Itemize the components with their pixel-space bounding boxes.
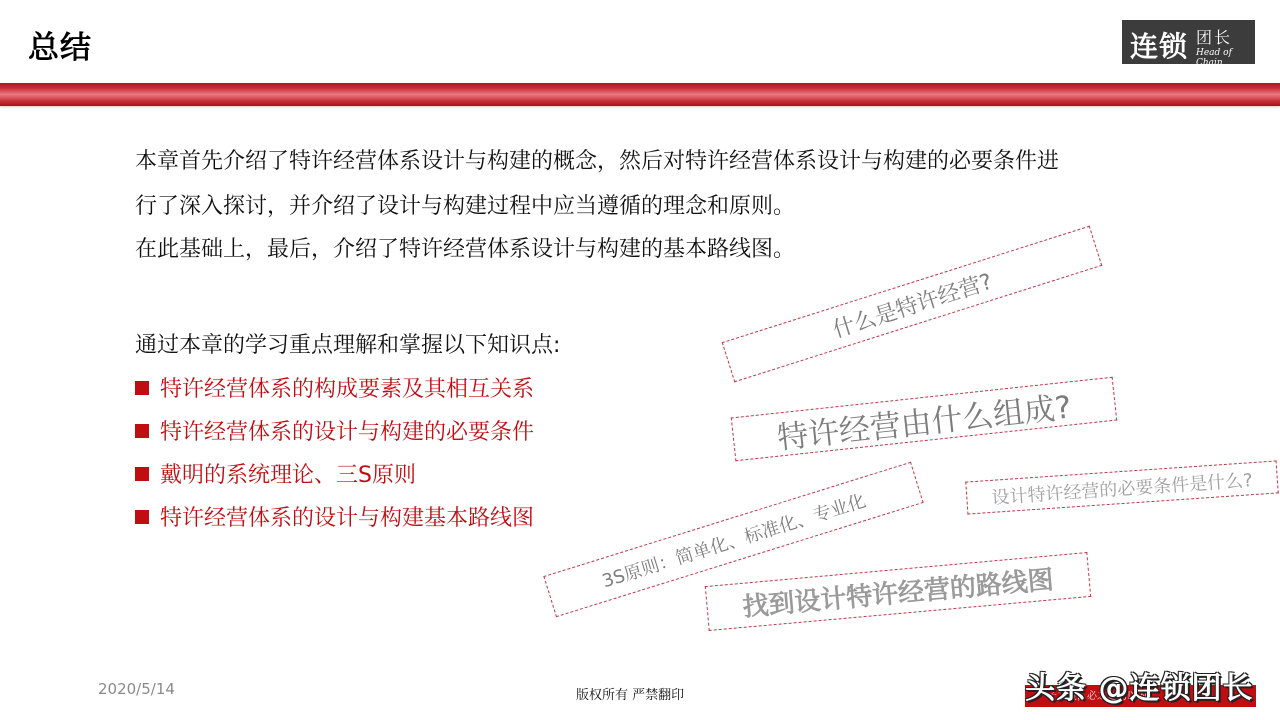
watermark-text: 头条 @连锁团长 xyxy=(1025,663,1253,707)
footer-date: 2020/5/14 xyxy=(98,680,175,698)
key-point-text: 特许经营体系的构成要素及其相互关系 xyxy=(160,372,534,403)
tag-text: 特许经营由什么组成? xyxy=(775,381,1074,457)
footer-copyright: 版权所有 严禁翻印 xyxy=(576,684,684,703)
summary-paragraph-line-1: 本章首先介绍了特许经营体系设计与构建的概念，然后对特许经营体系设计与构建的必要条… xyxy=(135,144,1059,175)
key-point-item: 特许经营体系的设计与构建基本路线图 xyxy=(135,501,534,532)
source-watermark: 子之贡，必之之的以内 头条 @连锁团长 xyxy=(1025,663,1256,707)
logo-secondary-text: 团长 xyxy=(1196,25,1232,48)
key-point-item: 特许经营体系的构成要素及其相互关系 xyxy=(135,372,534,403)
key-point-text: 戴明的系统理论、三S原则 xyxy=(160,458,416,489)
key-point-text: 特许经营体系的设计与构建基本路线图 xyxy=(160,501,534,532)
question-tag-franchise-components: 特许经营由什么组成? xyxy=(731,377,1118,462)
bullet-square-icon xyxy=(135,381,149,395)
key-point-item: 戴明的系统理论、三S原则 xyxy=(135,458,416,489)
bullet-square-icon xyxy=(135,467,149,481)
tag-text: 找到设计特许经营的路线图 xyxy=(741,559,1055,624)
brand-logo: 连锁 团长 Head of Chain xyxy=(1122,20,1255,64)
key-points-intro: 通过本章的学习重点理解和掌握以下知识点: xyxy=(135,328,560,359)
header-accent-bar xyxy=(0,83,1280,106)
tag-text: 设计特许经营的必要条件是什么? xyxy=(991,466,1254,510)
tag-text: 什么是特许经营? xyxy=(828,264,995,344)
key-point-item: 特许经营体系的设计与构建的必要条件 xyxy=(135,415,534,446)
logo-main-text: 连锁 xyxy=(1130,25,1188,65)
logo-english-text: Head of Chain xyxy=(1196,48,1255,68)
summary-paragraph-line-3: 在此基础上，最后，介绍了特许经营体系设计与构建的基本路线图。 xyxy=(135,232,795,263)
bullet-square-icon xyxy=(135,424,149,438)
question-tag-necessary-conditions: 设计特许经营的必要条件是什么? xyxy=(965,460,1279,514)
bullet-square-icon xyxy=(135,510,149,524)
key-point-text: 特许经营体系的设计与构建的必要条件 xyxy=(160,415,534,446)
summary-paragraph-line-2: 行了深入探讨，并介绍了设计与构建过程中应当遵循的理念和原则。 xyxy=(135,189,795,220)
roadmap-tag: 找到设计特许经营的路线图 xyxy=(705,552,1091,631)
slide-title: 总结 xyxy=(28,22,92,67)
